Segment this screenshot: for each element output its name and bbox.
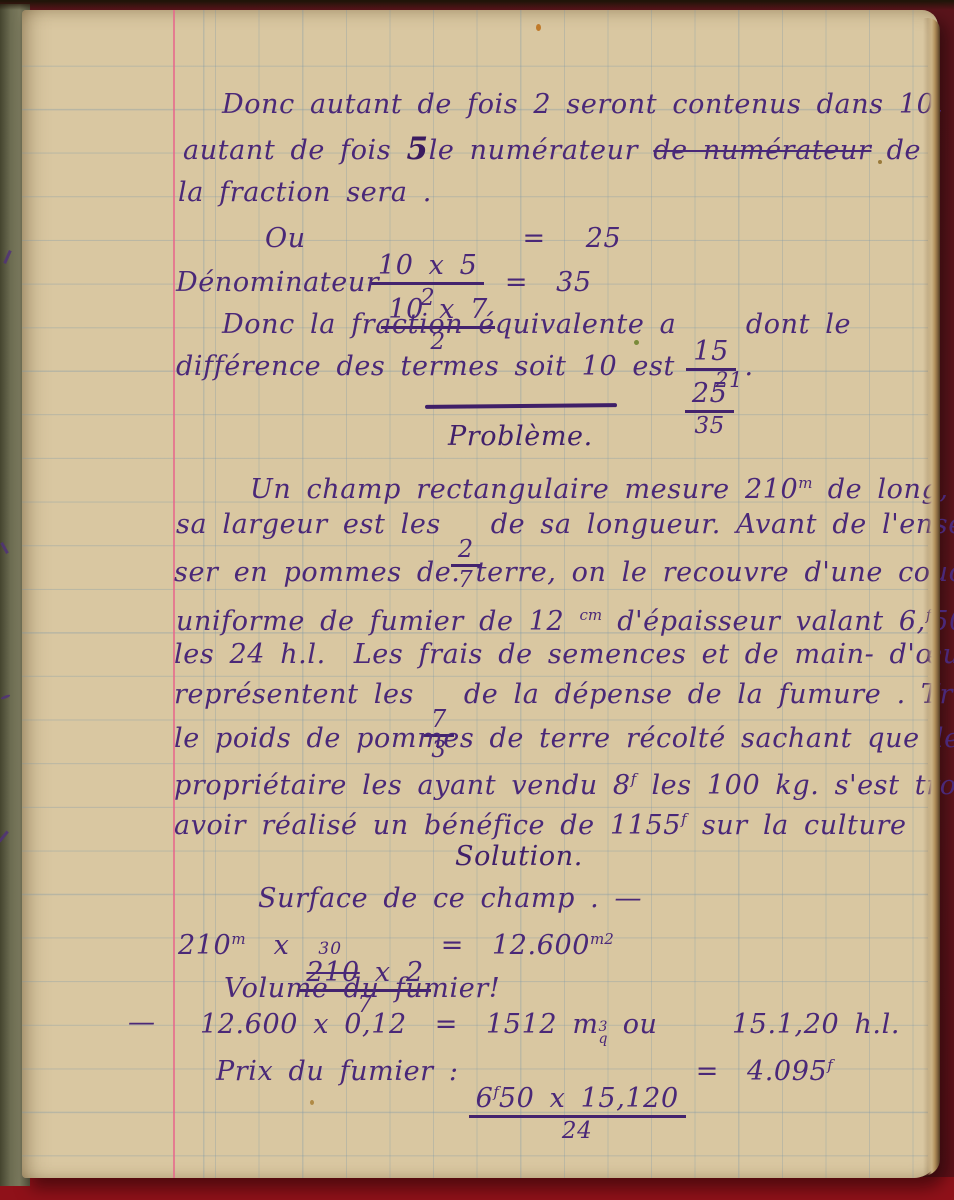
solution-line-5: Prix du fumier :6f50 x 15,12024=4.095f: [216, 1048, 833, 1145]
text-segment: Donc la fraction équivalente a: [222, 309, 676, 340]
text-segment: propriétaire les ayant vendu 8: [174, 770, 631, 801]
text-segment: le numérateur: [429, 135, 654, 166]
fraction-denominator: 35: [694, 413, 724, 440]
equals-sign: =: [441, 930, 464, 961]
cover-top-shadow: [0, 0, 954, 10]
times-sign: x: [274, 930, 290, 961]
result-value: 12.600: [492, 930, 590, 961]
text-segment: la fraction sera .: [178, 177, 432, 208]
text-segment: les 100 kg. s'est trouvé: [651, 770, 954, 801]
text-segment: de sa longueur. Avant de l'ensemen: [491, 509, 954, 540]
handwriting-line-3: la fraction sera .: [178, 176, 432, 210]
fraction-650x15120-over-24: 6f50 x 15,12024: [469, 1084, 686, 1145]
fraction-numerator: 6f50 x 15,120: [469, 1084, 686, 1118]
ink-bleed-mark: [0, 831, 9, 843]
solution-line-1: Surface de ce champ . —: [258, 882, 642, 916]
problem-line-7: le poids de pommes de terre récolté sach…: [174, 722, 954, 756]
text-segment: 210: [178, 930, 231, 961]
page-stack-edge: [923, 18, 940, 1176]
unit-superscript: m: [798, 474, 812, 492]
bold-digit-5: 5: [406, 131, 428, 167]
text-segment: d'épaisseur valant 6,: [617, 606, 926, 637]
text-segment: ou: [623, 1009, 658, 1040]
ink-bleed-mark: [3, 250, 11, 264]
francs-superscript: f: [827, 1056, 833, 1074]
text-segment: Volume du fumier!: [224, 973, 500, 1004]
problem-line-5: les 24 h.l.Les frais de semences et de m…: [174, 638, 954, 672]
text-segment: Donc autant de fois 2 seront contenus da…: [222, 89, 944, 120]
correction-30: 30: [318, 940, 342, 959]
ink-bleed-mark: [0, 542, 9, 554]
problem-line-9: avoir réalisé un bénéfice de 1155f sur l…: [174, 802, 907, 843]
unit-superscript: cm: [579, 606, 602, 624]
notebook-page: Donc autant de fois 2 seront contenus da…: [22, 10, 938, 1178]
result-value: 1512 m: [486, 1009, 599, 1040]
pink-margin-line: [173, 10, 175, 1178]
equals-sign: =: [522, 223, 545, 254]
table-bottom-strip: [0, 1177, 954, 1200]
equals-sign: =: [505, 267, 528, 298]
solution-line-3: Volume du fumier!: [224, 972, 500, 1006]
francs-superscript: f: [681, 810, 687, 828]
problem-line-1: Un champ rectangulaire mesure 210m de lo…: [250, 466, 954, 507]
fraction-denominator: 24: [562, 1118, 592, 1145]
fraction-25-over-35: 2535: [685, 379, 735, 440]
text-segment: le poids de pommes de terre récolté sach…: [174, 723, 954, 754]
text-segment: sa largeur est les: [176, 509, 441, 540]
dash-mark: —: [128, 1007, 156, 1038]
text-segment: Un champ rectangulaire mesure 210: [250, 474, 798, 505]
ink-bleed-mark: [0, 694, 10, 700]
solution-line-4: 12.600 x 0,12=1512 m3q ou: [200, 1008, 658, 1045]
unit-superscript: m: [231, 930, 245, 948]
solution-heading: Solution.: [455, 840, 583, 874]
text-segment: avoir réalisé un bénéfice de 1155: [174, 810, 681, 841]
struck-text: de numérateur: [653, 135, 871, 166]
text-segment: Ou: [265, 223, 306, 254]
text-segment: Surface de ce champ . —: [258, 883, 642, 914]
text-segment: .: [744, 351, 753, 382]
text-segment: sur la culture: [702, 810, 907, 841]
problem-line-8: propriétaire les ayant vendu 8f les 100 …: [174, 762, 954, 803]
equals-sign: =: [435, 1009, 458, 1040]
result-value: 4.095: [747, 1056, 827, 1087]
text-segment: différence des termes soit 10 est: [176, 351, 675, 382]
text-segment: 6: [476, 1083, 494, 1114]
text-segment: représentent les: [174, 679, 414, 710]
fraction-numerator: 25: [685, 379, 735, 413]
sub-q: q: [599, 1033, 608, 1045]
text-segment: 50 x 15,120: [499, 1083, 679, 1114]
handwriting-line-2: autant de fois 5le numérateur de numérat…: [183, 132, 921, 168]
text-segment: uniforme de fumier de 12: [176, 606, 564, 637]
probleme-heading: Problème.: [448, 420, 593, 454]
text-segment: Dénominateur: [176, 267, 379, 298]
text-segment: de: [871, 135, 921, 166]
text-segment: 12.600 x 0,12: [200, 1009, 407, 1040]
cubic-meter-superscript: 3q: [599, 1021, 608, 1045]
result-value: 35: [556, 267, 592, 298]
paper-speck: [536, 24, 541, 31]
text-segment: de la dépense de la fumure . Trouvez: [464, 679, 954, 710]
solution-line-4-right: 15.1,20 h.l.: [732, 1008, 900, 1042]
problem-line-3: ser en pommes de. terre, on le recouvre …: [174, 556, 954, 590]
heading-text: Solution.: [455, 841, 583, 872]
text-segment: les 24 h.l.: [174, 639, 326, 670]
text-segment: Prix du fumier :: [216, 1056, 459, 1087]
text-segment: ser en pommes de. terre, on le recouvre …: [174, 557, 954, 588]
text-segment: dont le: [746, 309, 851, 340]
text-segment: Les frais de semences et de main- d'œuvr…: [354, 639, 954, 670]
handwriting-line-1: Donc autant de fois 2 seront contenus da…: [222, 88, 944, 122]
text-segment: autant de fois: [183, 135, 406, 166]
francs-superscript: f: [631, 770, 637, 788]
equals-sign: =: [696, 1056, 719, 1087]
result-value: 25: [586, 223, 622, 254]
margin-dash: —: [128, 1006, 156, 1040]
result-value: 15.1,20 h.l.: [732, 1009, 900, 1040]
heading-text: Problème.: [448, 421, 593, 452]
problem-line-4: uniforme de fumier de 12 cm d'épaisseur …: [176, 598, 954, 639]
unit-superscript: m2: [590, 930, 614, 948]
